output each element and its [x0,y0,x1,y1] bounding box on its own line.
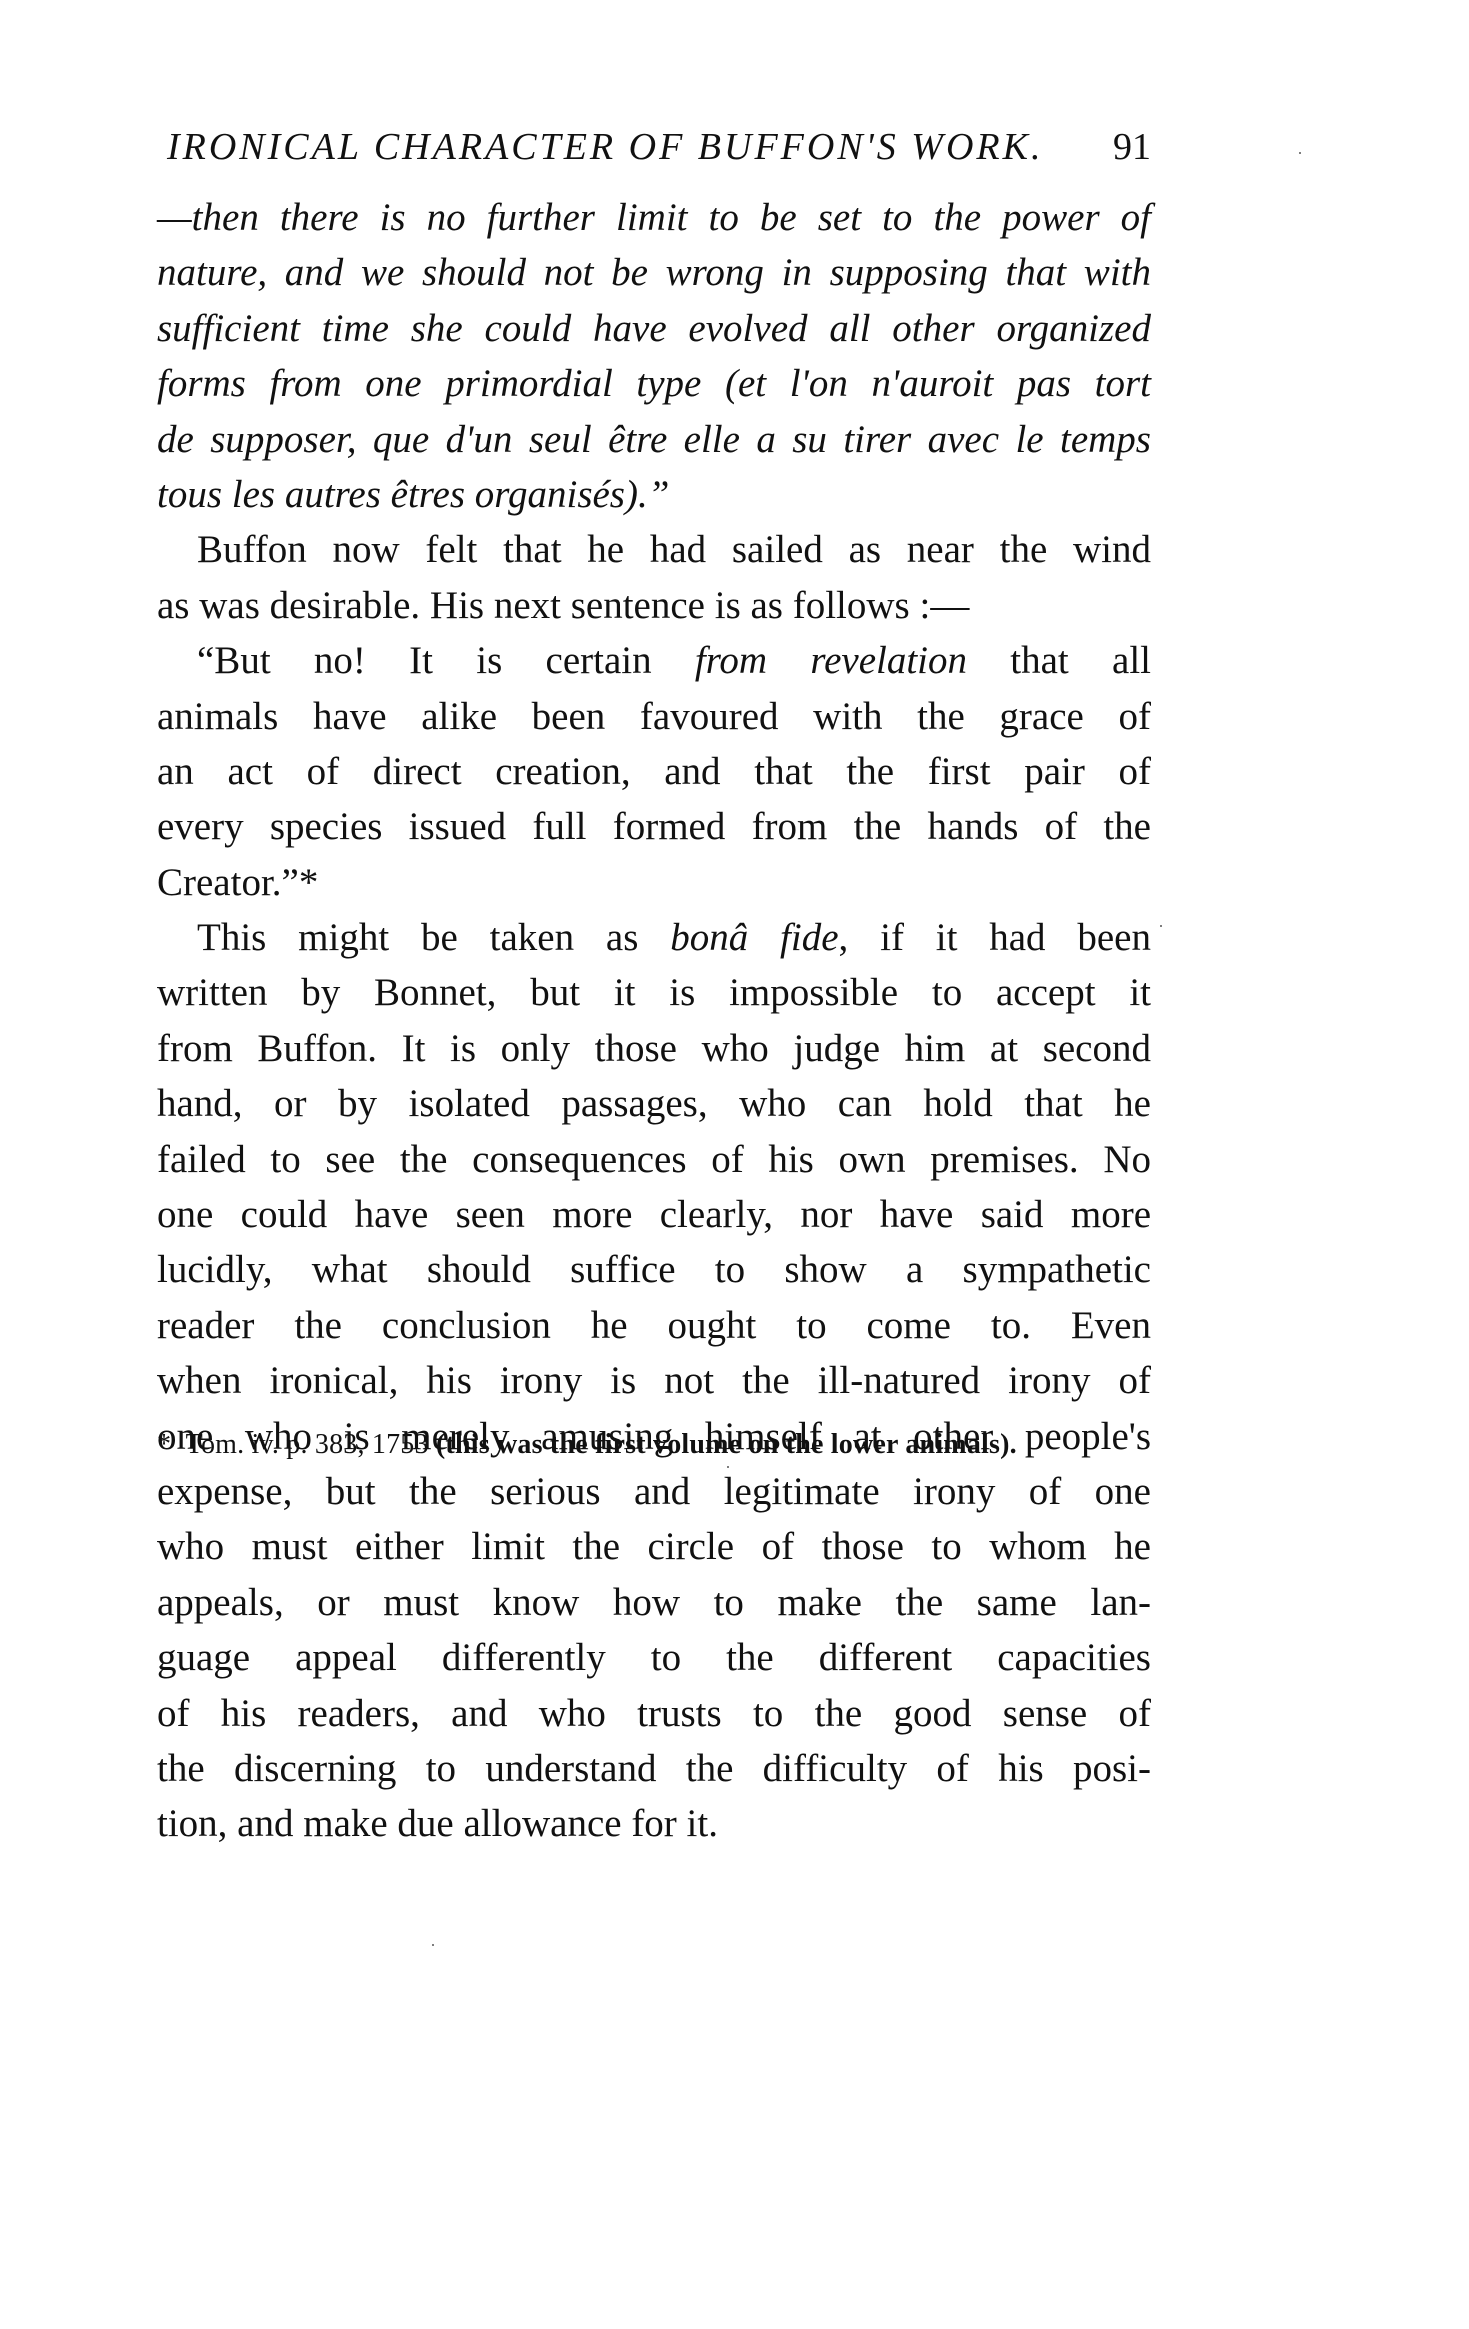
footnote-citation: Tom. iv. p. 383, 1753 [186,1429,429,1460]
text-line: forms from one primordial type (et l'on … [157,356,1151,411]
text-line: This might be taken as bonâ fide, if it … [157,910,1151,965]
text-line: written by Bonnet, but it is impossible … [157,965,1151,1020]
text-line: de supposer, que d'un seul être elle a s… [157,412,1151,467]
running-head: IRONICAL CHARACTER OF BUFFON'S WORK. 91 [167,122,1151,172]
body-text: —then there is no further limit to be se… [157,190,1151,1852]
text-line: failed to see the consequences of his ow… [157,1132,1151,1187]
text-line: from Buffon. It is only those who judge … [157,1021,1151,1076]
emphasis-text: bonâ fide [670,916,838,959]
text-line: “But no! It is certain from revelation t… [157,633,1151,688]
text-line: —then there is no further limit to be se… [157,190,1151,245]
text-line: tion, and make due allowance for it. [157,1796,1151,1851]
scan-speck [727,1466,729,1468]
text-line: animals have alike been favoured with th… [157,689,1151,744]
emphasis-text: from revelation [695,639,967,682]
text-span: , if it had been [839,916,1151,959]
text-line: the discerning to understand the difficu… [157,1741,1151,1796]
text-line: every species issued full formed from th… [157,799,1151,854]
text-line: an act of direct creation, and that the … [157,744,1151,799]
text-line: reader the conclusion he ought to come t… [157,1298,1151,1353]
text-span: This might be taken as [197,916,670,959]
text-line: nature, and we should not be wrong in su… [157,245,1151,300]
footnote-text: (this was the first volume on the lower … [436,1429,1017,1460]
footnote-reference-line: Creator.”* [157,855,1151,910]
text-line: of his readers, and who trusts to the go… [157,1686,1151,1741]
text-span: that all [967,639,1151,682]
text-line: Buffon now felt that he had sailed as ne… [157,522,1151,577]
text-line: tous les autres êtres organisés).” [157,467,1151,522]
footnote: * Tom. iv. p. 383, 1753 (this was the fi… [157,1425,1151,1465]
scan-speck [1160,925,1162,927]
running-title: IRONICAL CHARACTER OF BUFFON'S WORK. [167,126,1043,168]
scan-speck [1299,152,1301,154]
scan-speck [432,1944,434,1946]
text-line: who must either limit the circle of thos… [157,1519,1151,1574]
text-line: when ironical, his irony is not the ill-… [157,1353,1151,1408]
text-line: sufficient time she could have evolved a… [157,301,1151,356]
footnote-marker: * [157,1429,171,1460]
text-line: lucidly, what should suffice to show a s… [157,1242,1151,1297]
text-line: hand, or by isolated passages, who can h… [157,1076,1151,1131]
text-line: as was desirable. His next sentence is a… [157,578,1151,633]
text-line: guage appeal differently to the differen… [157,1630,1151,1685]
text-line: expense, but the serious and legitimate … [157,1464,1151,1519]
text-line: one could have seen more clearly, nor ha… [157,1187,1151,1242]
page-number: 91 [1113,122,1151,172]
text-line: appeals, or must know how to make the sa… [157,1575,1151,1630]
text-span: “But no! It is certain [197,639,695,682]
